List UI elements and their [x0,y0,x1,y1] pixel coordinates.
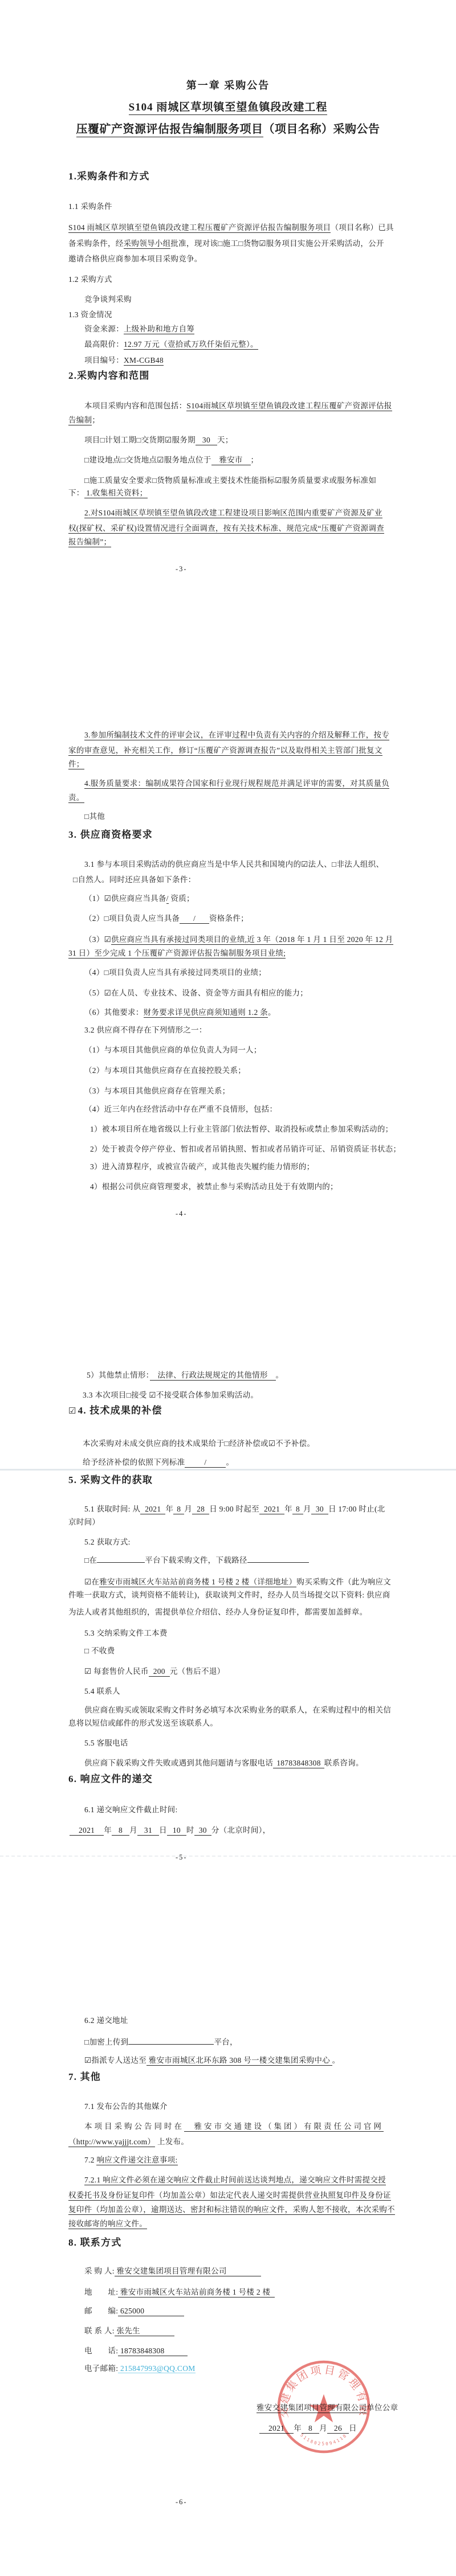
section8-heading: 8. 联系方式 [68,2237,121,2249]
bad1-text: 1）被本项目所在地省级以上行业主管部门依法暂停、取消投标或禁止参加采购活动的； [90,1125,393,1133]
code-label: 项目编号： [84,356,124,365]
notice-line2: 权委托书及身份证复印件（均加盖公章）如法定代表人递交时需提供营业执照复印件及身份… [68,2191,391,2200]
deadline-tz: （北京时间）， [219,1826,271,1834]
page-number-5-text: -5- [176,1853,188,1861]
page-number-4: -4- [176,1210,188,1218]
page-number-5: -5- [176,1853,188,1862]
section1-3-text: 1.3 资金情况 [68,310,112,319]
fee-option-paid: ☑ 每套售价人民币200元（售后不退） [84,1667,225,1676]
telephone-label: 电 话: [84,2346,118,2355]
address-label: 地 址: [84,2288,118,2296]
quality-item2-line3: 报告编制”； [68,538,111,547]
delivery-address-subheading: 6.2 递交地址 [84,2016,128,2025]
time-l3: 年 [284,1505,292,1513]
section6-heading-text: 6. 响应文件的递交 [68,1774,153,1784]
case2-text: （2）与本项目其他供应商存在直接控股关系； [84,1066,246,1075]
obtain-method-option1: □在平台下载采购文件，下载路径 [84,1555,309,1565]
platform-blank-rule [97,1555,145,1563]
section3-2-subheading: 3.2 供应商不得存在下列情形之一： [84,1026,207,1035]
service-period-line: 项目□计划工期□交货期☑服务期30天； [84,436,233,445]
fee-paid-b: 元（售后不退） [170,1667,225,1676]
q-i6-value: 财务要求详见供应商须知通则 1.2 条 [144,1008,268,1018]
page-number-6-text: -6- [176,2498,188,2506]
obtain-time-line2: 京时间） [68,1518,100,1527]
bad4-text: 4）根据公司供应商管理要求，被禁止参与采购活动且处于有效期内的； [90,1182,338,1191]
deadline-hl: 时 [186,1826,194,1834]
page-number-3-text: -3- [176,565,188,573]
obtain-time-line1: 5.1 获取时间: 从2021年8月28日 9:00 时起至2021年8月30日… [84,1505,385,1514]
media-line2: （http://www.yajjjt.com） 上发布。 [68,2137,189,2147]
address-line: 地 址: 雅安市雨城区火车站站前商务楼 1 号楼 2 楼 [84,2288,275,2297]
consortium-text: 3.3 本次项目□接受 ☑不接受联合体参加采购活动。 [83,1391,258,1399]
time-l1: 年 [165,1505,173,1513]
section1-1-subheading: 1.1 采购条件 [68,202,112,211]
conditions-paragraph-line3: 邀请合格供应商参加本项目采购竞争。 [68,255,202,264]
delivery-option2: ☑指派专人送达至 雅安市雨城区北环东路 308 号一楼交建集团采购中心 。 [84,2056,340,2065]
price-value: 12.97 万元（壹拾贰万玖仟柒佰元整）。 [124,340,258,350]
bad5-label: 5）其他禁止情形： [87,1371,150,1379]
notice-l3: 复印件（均加盖公章），逾期送达、密封和标注错误的响应文件，采购人恕不接收，本次采… [68,2205,395,2215]
fee-option-free: □ 不收费 [84,1647,115,1656]
contact-note-line1: 供应商在购买或领取采购文件时务必填写本次采购业务的联系人，在采购过程中的相关信 [84,1706,391,1715]
prohibited-case1: （1）与本项目其他供应商的单位负责人为同一人； [84,1046,262,1055]
media-site-underlined: 雅安市交通建设（集团）有限责任公司官网 [184,2122,384,2132]
obtain-method-text: 5.2 获取方式: [84,1538,131,1546]
compensation-text: 本次采购对未成交供应商的技术成果给于□经济补偿或☑不予补偿。 [83,1439,315,1448]
notice-line4: 接收邮寄的响应文件。 [68,2219,147,2229]
bad-record-item1: 1）被本项目所在地省级以上行业主管部门依法暂停、取消投标或禁止参加采购活动的； [90,1125,393,1134]
qualification-item4: （4）□项目负责人应当具有承接过同类项目的业绩； [84,968,266,977]
supplier-type-line1: 3.1 参与本项目采购活动的供应商应当是中华人民共和国境内的☑法人、□非法人组织… [84,860,384,869]
email-label: 电子邮箱: [84,2364,118,2373]
time-d: 京时间） [68,1518,100,1526]
media-subheading-text: 7.1 发布公告的其他媒介 [84,2102,168,2111]
time-year1: 2021 [140,1505,165,1514]
section3-2-text: 3.2 供应商不得存在下列情形之一： [84,1026,207,1034]
project-code-line: 项目编号：XM-CGB48 [84,356,164,365]
section3-heading: 3. 供应商资格要求 [68,829,153,841]
fee-free-text: □ 不收费 [84,1647,115,1655]
scope-line2: 告编制； [68,416,100,425]
contact-person-line: 联 系 人: 张先生 [84,2327,174,2336]
notice-line1: 7.2.1 响应文件必须在递交响应文件截止时间前送达谈判地点，递交响应文件时需提… [84,2176,386,2185]
media-url-underlined: （http://www.yajjjt.com） [68,2137,155,2147]
m2-l2: 件唯一获取方式，谈判资格不能转让)，获取谈判文件时，经办人员当场提交以下资料: … [68,1591,390,1599]
line2-b: 批准，现对该□施工□货物☑服务项目实施公开采购活动，公开 [170,239,384,248]
q-i2-b: 资格条件； [209,914,249,923]
buyer-label: 采 购 人: [84,2267,115,2275]
item2-l1: 2.对S104雨城区草坝镇至望鱼镇段改建工程建设项目影响区范围内重要矿产资源及矿… [84,509,382,518]
supplier-type-line2: □自然人。同时还应具备如下条件： [73,875,196,884]
section2-heading: 2.采购内容和范围 [68,370,150,382]
deadline-ml: 月 [129,1826,137,1834]
email-line: 电子邮箱: 215847993@QQ.COM [84,2364,196,2373]
deadline-subheading-text: 6.1 递交响应文件截止时间: [84,1805,178,1814]
compensation-line2: 给予经济补偿的依照下列标准/。 [83,1458,234,1467]
compensation-line1: 本次采购对未成交供应商的技术成果给于□经济补偿或☑不予补偿。 [83,1439,315,1448]
section8-heading-text: 8. 联系方式 [68,2237,121,2248]
m2-a: ☑在 [84,1578,99,1586]
section1-heading-text: 1.采购条件和方式 [68,171,150,182]
period-unit: 天； [217,436,233,444]
period-value: 30 [196,436,217,445]
fee-amount: 200 [149,1667,170,1677]
q-i1-a: （1）☑供应商应当具备 [84,894,166,903]
method-text: 竞争谈判采购 [84,295,132,304]
max-price-line: 最高限价：12.97 万元（壹拾贰万玖仟柒佰元整）。 [84,340,258,349]
line2-a: 备采购条件，经 [68,239,124,248]
quality-item2-line1: 2.对S104雨城区草坝镇至望鱼镇段改建工程建设项目影响区范围内重要矿产资源及矿… [84,509,382,518]
section1-2-subheading: 1.2 采购方式 [68,275,112,284]
email-value-link: 215847993@QQ.COM [118,2364,195,2373]
q-i2-value: / [180,914,209,924]
quality-req-line1: □施工质量安全要求□货物质量标准或主要技术性能指标☑服务质量要求或服务标准如 [84,476,376,485]
scope-value-l1: S104雨城区草坝镇至望鱼镇段改建工程压覆矿产资源评估报 [186,402,392,411]
item2-l2: 权(探矿权、采矿权)设置情况进行全面调查，按有关技术标准、规范完成“压覆矿产资源… [68,524,384,534]
conditions-paragraph-line2: 备采购条件，经采购领导小组批准，现对该□施工□货物☑服务项目实施公开采购活动，公… [68,239,384,248]
contact-subheading-text: 5.4 联系人 [84,1687,120,1696]
item3-l3: 件； [68,760,84,769]
contact-subheading: 5.4 联系人 [84,1687,120,1696]
q-i4-text: （4）□项目负责人应当具有承接过同类项目的业绩； [84,968,266,977]
seal-star-icon [309,2394,339,2422]
section1-2-text: 1.2 采购方式 [68,275,112,284]
svg-text:5118025094118: 5118025094118 [299,2432,348,2447]
section1-heading: 1.采购条件和方式 [68,171,150,182]
section4-heading-text: 4. 技术成果的补偿 [78,1405,162,1416]
prohibited-case3: （3）与本项目其他供应商存在管理关系； [84,1087,230,1096]
delivery-a2-a: ☑指派专人送达至 [84,2056,146,2065]
price-label: 最高限价： [84,340,124,349]
funding-label: 资金来源： [84,325,124,333]
approver-underlined: 采购领导小组 [124,239,171,249]
section1-3-subheading: 1.3 资金情况 [68,310,112,320]
sv-a: 供应商下载采购文件失败或遇到其他问题请与客服电话 [84,1759,273,1767]
deadline-subheading: 6.1 递交响应文件截止时间: [84,1805,178,1815]
contact-note-l1: 供应商在购买或领取采购文件时务必填写本次采购业务的联系人，在采购过程中的相关信 [84,1706,391,1714]
q-i1-b: 资质； [169,894,194,903]
time-a: 5.1 获取时间: 从 [84,1505,140,1513]
scanned-procurement-announcement-document: 第一章 采购公告 S104 雨城区草坝镇至望鱼镇段改建工程 压覆矿产资源评估报告… [0,0,456,2576]
qualification-item2: （2）□项目负责人应当具备 / 资格条件； [84,914,249,923]
other-checkbox-text: □其他 [84,812,105,821]
section3-heading-text: 3. 供应商资格要求 [68,829,153,840]
chapter-title: 第一章 采购公告 [63,80,393,92]
item3-l1: 3.参加所编制技术文件的评审会议，在评审过程中负责有关内容的介绍及解释工作，按专 [84,731,389,740]
media-line1: 本项目采购公告同时在 雅安市交通建设（集团）有限责任公司官网 [84,2122,384,2131]
page-number-3: -3- [176,565,188,574]
quality-item4-line1: 4.服务质量要求：编制成果符合国家和行业现行规程规范并满足评审的需要，对其质量负 [84,779,389,788]
project-name-underlined: S104 雨城区草坝镇至望鱼镇段改建工程压覆矿产资源评估报告编制服务项目 [68,223,331,233]
time-year2: 2021 [259,1505,284,1514]
quality-req-line2: 下： 1.收集相关资料； [68,489,148,498]
project-title-line2: 压覆矿产资源评估报告编制服务项目（项目名称）采购公告 [63,122,393,136]
code-value: XM-CGB48 [124,356,164,366]
telephone-line: 电 话: 18783848308 [84,2346,188,2356]
section1-1-text: 1.1 采购条件 [68,202,112,211]
bad5-value: 法律、行政法规规定的其他情形 [150,1371,276,1381]
media-subheading: 7.1 发布公告的其他媒介 [84,2102,168,2111]
buyer-line: 采 购 人: 雅安交建集团项目管理有限公司 [84,2267,261,2276]
scope-line1: 本项目采购内容和范围包括：S104雨城区草坝镇至望鱼镇段改建工程压覆矿产资源评估… [84,402,392,411]
time-day2: 30 [311,1505,328,1514]
section5-heading: 5. 采购文件的获取 [68,1475,153,1486]
scan-artifact-streak-1 [0,1469,456,1471]
conditions-paragraph-line1: S104 雨城区草坝镇至望鱼镇段改建工程压覆矿产资源评估报告编制服务项目（项目名… [68,223,394,232]
notice-l1: 7.2.1 响应文件必须在递交响应文件截止时间前送达谈判地点，递交响应文件时需提… [84,2176,386,2185]
delivery-a1-b: 平台， [214,2038,237,2046]
qualification-item6: （6）其他要求：财务要求详见供应商须知通则 1.2 条。 [84,1008,276,1017]
section7-heading: 7. 其他 [68,2071,101,2083]
delivery-a2-tail: 。 [332,2056,340,2065]
zip-line: 邮 编: 625000 [84,2307,184,2316]
supplier-type-l1: 3.1 参与本项目采购活动的供应商应当是中华人民共和国境内的☑法人、□非法人组织… [84,860,384,869]
section7-heading-text: 7. 其他 [68,2071,101,2082]
time-month1: 8 [173,1505,184,1514]
telephone-value: 18783848308 [118,2346,187,2356]
period-label: 项目□计划工期□交货期☑服务期 [84,436,196,444]
chapter-title-text: 第一章 采购公告 [186,80,270,91]
bad-record-item2: 2）处于被责令停产停业、暂扣或者吊销执照、暂扣或者吊销许可证、吊销资质证书状态； [90,1145,401,1154]
case1-text: （1）与本项目其他供应商的单位负责人为同一人； [84,1046,262,1054]
case3-text: （3）与本项目其他供应商存在管理关系； [84,1087,230,1095]
purchase-address-underlined: 雅安市雨城区火车站站前商务楼 1 号楼 2 楼（详细地址） [99,1578,296,1587]
prohibited-case2: （2）与本项目其他供应商存在直接控股关系； [84,1066,246,1075]
fee-subheading: 5.3 交纳采购文件工本费 [84,1629,168,1638]
media-l2-tail: 上发布。 [155,2137,189,2146]
quality-item3-line3: 件； [68,760,84,769]
location-value: 雅安市 [211,456,251,465]
deadline-minute: 30 [194,1826,211,1836]
case4-text: （4）近三年内在经营活动中存在严重不良情形，包括： [84,1105,277,1113]
bad-record-item5: 5）其他禁止情形： 法律、行政法规规定的其他情形 。 [87,1371,283,1380]
service-phone-number: 18783848308 [273,1759,324,1768]
compensation-std-blank: / [185,1458,226,1468]
scope-line2-tail: ； [92,416,100,424]
location-label: □建设地点□交货地点☑服务地点位于 [84,456,211,464]
bad-record-item3: 3）进入清算程序，或被宣告破产，或其他丧失履约能力情形的； [90,1162,314,1172]
funding-source-line: 资金来源：上级补助和地方自筹 [84,325,194,334]
other-checkbox-line: □其他 [84,812,105,821]
notice-title-underlined: 响应文件递交注意事项: [96,2156,177,2165]
service-phone-line: 供应商下载采购文件失败或遇到其他问题请与客服电话18783848308联系咨询。 [84,1759,364,1768]
obtain-method-option2-line3: 为法人或者其他组织的，需提供单位介绍信、经办人身份证复印件，都需要加盖鲜章。 [68,1608,367,1617]
item2-l3: 报告编制”； [68,538,111,547]
quality-l2a: 下： [68,489,84,497]
upload-platform-blank-rule [128,2037,214,2045]
item4-l2: 责。 [68,793,84,803]
funding-value: 上级补助和地方自筹 [124,325,194,334]
obtain-method-subheading: 5.2 获取方式: [84,1538,131,1547]
notice-l4: 接收邮寄的响应文件。 [68,2219,147,2229]
deadline-mil: 分 [211,1826,219,1834]
q-i3-a: （3）☑ [84,935,111,944]
quality-l1: □施工质量安全要求□货物质量标准或主要技术性能指标☑服务质量要求或服务标准如 [84,476,376,485]
scan-artifact-streak-2 [0,1856,456,1857]
path-blank-rule [247,1555,309,1563]
page-number-6: -6- [176,2498,188,2507]
line1-rest: （项目名称）已具 [331,223,393,232]
bad3-text: 3）进入清算程序，或被宣告破产，或其他丧失履约能力情形的； [90,1162,314,1171]
deadline-line: 2021年8月31日10时30分（北京时间）， [70,1826,271,1835]
scope-label: 本项目采购内容和范围包括： [84,402,186,410]
project-title-line1-text: S104 雨城区草坝镇至望鱼镇段改建工程 [129,101,328,115]
notice-subheading: 7.2 响应文件递交注意事项: [84,2156,178,2165]
zip-label: 邮 编: [84,2307,118,2315]
location-tail: ； [251,456,259,464]
zip-value: 625000 [118,2307,184,2316]
quality-item3-line1: 3.参加所编制技术文件的评审会议，在评审过程中负责有关内容的介绍及解释工作，按专 [84,731,389,740]
contact-note-line2: 息将以短信或邮件的形式发送至该联系人。 [68,1719,218,1728]
compensation-tail: 。 [226,1458,234,1467]
time-l4: 月 [303,1505,311,1513]
delivery-a1-a: □加密上传到 [84,2038,128,2046]
qualification-item1: （1）☑供应商应当具备/ 资质； [84,894,194,903]
delivery-option1: □加密上传到平台， [84,2037,238,2047]
section2-heading-text: 2.采购内容和范围 [68,370,150,381]
sv-b: 联系咨询。 [324,1759,364,1767]
notice-num: 7.2 [84,2156,96,2164]
bad-record-item4: 4）根据公司供应商管理要求，被禁止参与采购活动且处于有效期内的； [90,1182,338,1191]
service-location-line: □建设地点□交货地点☑服务地点位于 雅安市 ； [84,456,258,465]
notice-line3: 复印件（均加盖公章），逾期送达、密封和标注错误的响应文件，采购人恕不接收，本次采… [68,2205,395,2214]
checkbox-checked-icon: ☑ [68,1407,77,1416]
qualification-item5: （5）☑在人员、专业技术、设备、资金等方面具有相应的能力； [84,989,308,998]
deadline-month: 8 [112,1826,129,1836]
fee-heading-text: 5.3 交纳采购文件工本费 [84,1629,168,1637]
procurement-method: 竞争谈判采购 [84,295,132,304]
delivery-address-subheading-text: 6.2 递交地址 [84,2016,128,2025]
scope-value-l2: 告编制 [68,416,92,425]
quality-item4-line2: 责。 [68,793,84,802]
project-title-line2-underlined: 压覆矿产资源评估报告编制服务项目 [76,123,263,137]
qualification-item3-line1: （3）☑供应商应当具有承接过同类项目的业绩,近 3 年（2018 年 1 月 1… [84,935,393,944]
quality-item1-underlined: 1.收集相关资料； [84,489,148,498]
obtain-method-option2-line2: 件唯一获取方式，谈判资格不能转让)，获取谈判文件时，经办人员当场提交以下资料: … [68,1591,390,1600]
prohibited-case4: （4）近三年内在经营活动中存在严重不良情形，包括： [84,1105,277,1114]
obtain-method-option2-line1: ☑在雅安市雨城区火车站站前商务楼 1 号楼 2 楼（详细地址）购买采购文件（此为… [84,1578,391,1587]
section6-heading: 6. 响应文件的递交 [68,1774,153,1785]
time-c: 日 17:00 时止(北 [328,1505,385,1513]
deadline-dl: 日 [159,1826,167,1834]
item4-l1: 4.服务质量要求：编制成果符合国家和行业现行规程规范并满足评审的需要，对其质量负 [84,779,389,789]
q-i5-text: （5）☑在人员、专业技术、设备、资金等方面具有相应的能力； [84,989,308,997]
contact-note-l2: 息将以短信或邮件的形式发送至该联系人。 [68,1719,218,1727]
compensation-std-label: 给予经济补偿的依照下列标准 [83,1458,185,1467]
deadline-yl: 年 [104,1826,112,1834]
quality-item3-line2: 家的审查意见，补充相关工作，修订“压覆矿产资源调查报告”以及取得相关主管部门批复… [68,746,382,755]
item3-l2: 家的审查意见，补充相关工作，修订“压覆矿产资源调查报告”以及取得相关主管部门批复… [68,746,382,756]
deadline-year: 2021 [70,1826,104,1836]
time-l2: 月 [184,1505,192,1513]
project-title-line2-rest: （项目名称）采购公告 [263,123,380,136]
supplier-type-l2: □自然人。同时还应具备如下条件： [73,875,196,884]
quality-item2-line2: 权(探矿权、采矿权)设置情况进行全面调查，按有关技术标准、规范完成“压覆矿产资源… [68,524,384,533]
media-l1-a: 本项目采购公告同时在 [84,2122,184,2131]
address-value: 雅安市雨城区火车站站前商务楼 1 号楼 2 楼 [118,2288,275,2297]
m1-b: 平台下载采购文件，下载路径 [145,1556,247,1565]
time-month2: 8 [292,1505,303,1514]
m2-l3: 为法人或者其他组织的，需提供单位介绍信、经办人身份证复印件，都需要加盖鲜章。 [68,1608,367,1616]
q-i6-b: 。 [268,1008,276,1017]
section4-heading: ☑4. 技术成果的补偿 [68,1405,162,1416]
page-number-4-text: -4- [176,1210,188,1218]
bad2-text: 2）处于被责令停产停业、暂扣或者吊销执照、暂扣或者吊销许可证、吊销资质证书状态； [90,1145,401,1153]
deadline-day: 31 [137,1826,159,1836]
section5-heading-text: 5. 采购文件的获取 [68,1475,153,1485]
q-i3-value-l2: 31 日）至少完成 1 个压覆矿产资源评估报告编制服务项目业绩; [68,949,286,959]
time-day1: 28 [192,1505,209,1514]
bad5-tail: 。 [276,1371,284,1379]
fee-paid-a: ☑ 每套售价人民币 [84,1667,149,1676]
q-i2-a: （2）□项目负责人应当具备 [84,914,180,923]
project-title-line1: S104 雨城区草坝镇至望鱼镇段改建工程 [63,101,393,114]
service-phone-subheading: 5.5 客服电话 [84,1739,128,1748]
qualification-item3-line2: 31 日）至少完成 1 个压覆矿产资源评估报告编制服务项目业绩; [68,949,286,958]
service-phone-subheading-text: 5.5 客服电话 [84,1739,128,1747]
m1-a: □在 [84,1556,97,1565]
notice-l2: 权委托书及身份证复印件（均加盖公章）如法定代表人递交时需提供营业执照复印件及身份… [68,2191,391,2201]
contact-person-label: 联 系 人: [84,2327,115,2335]
consortium-line: 3.3 本次项目□接受 ☑不接受联合体参加采购活动。 [83,1391,258,1400]
deadline-hour: 10 [167,1826,186,1836]
m2-b: 购买采购文件（此为响应文 [296,1578,391,1586]
contact-person-value: 张先生 [115,2327,174,2336]
q-i3-value-l1: 供应商应当具有承接过同类项目的业绩,近 3 年（2018 年 1 月 1 日至 … [111,935,393,945]
time-b: 日 9:00 时起至 [209,1505,259,1513]
q-i6-a: （6）其他要求： [84,1008,144,1017]
delivery-address-underlined: 雅安市雨城区北环东路 308 号一楼交建集团采购中心 [146,2056,332,2066]
line3-text: 邀请合格供应商参加本项目采购竞争。 [68,255,202,263]
company-seal-stamp: 雅安交建集团项目管理有限公司 5118025094118 [276,2359,372,2455]
buyer-value: 雅安交建集团项目管理有限公司 [115,2267,261,2276]
seal-serial-arc-text: 5118025094118 [299,2432,348,2447]
